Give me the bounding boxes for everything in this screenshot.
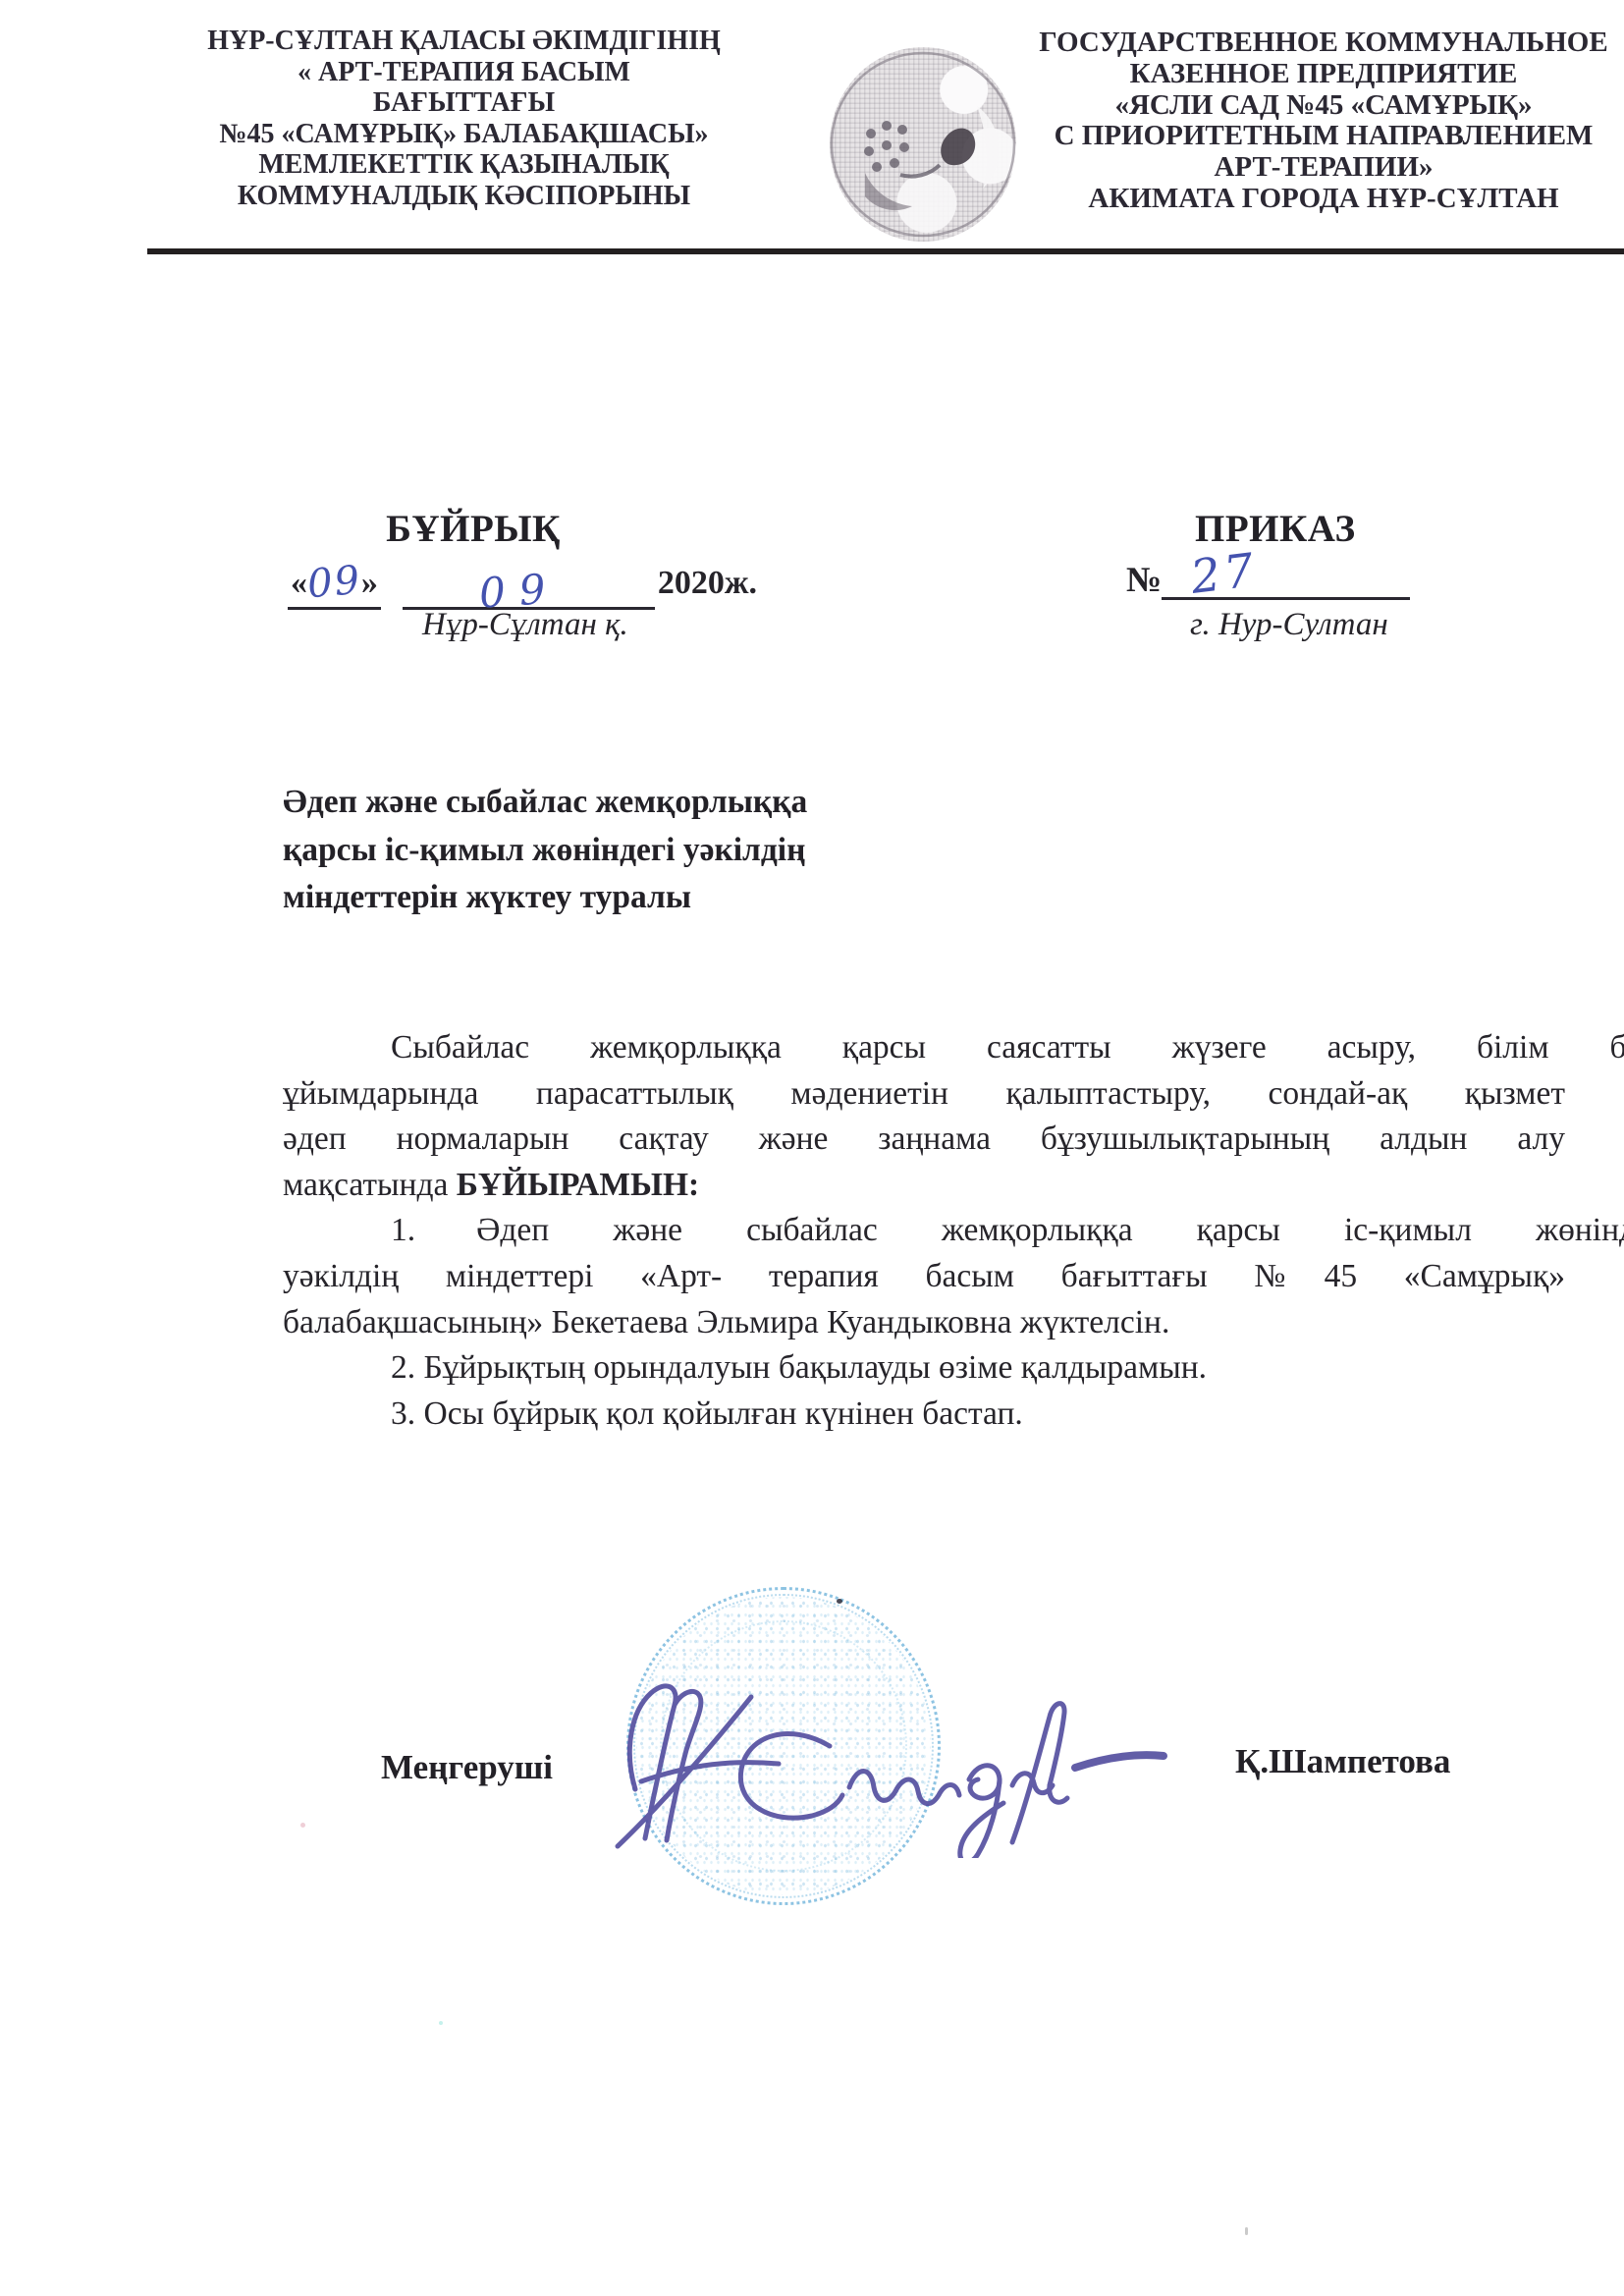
- signature-dash: [1075, 1755, 1164, 1768]
- body-line: ұйымдарында парасаттылық мәдениетін қалы…: [283, 1071, 1565, 1118]
- scan-artifact: [439, 2021, 443, 2025]
- handwritten-signature: [584, 1593, 1193, 1858]
- subject-line: қарсы іс-қимыл жөніндегі уәкілдің: [283, 827, 807, 875]
- order-date-line: «09»092020ж.: [288, 558, 757, 603]
- subject-line: міндеттерін жүктеу туралы: [283, 874, 807, 922]
- org-name-line: №45 «САМҰРЫҚ» БАЛАБАҚШАСЫ»: [162, 119, 766, 150]
- body-text: мақсатында: [283, 1167, 457, 1203]
- scan-artifact: [837, 1599, 842, 1604]
- number-sign: №: [1126, 560, 1162, 599]
- close-quote: »: [361, 565, 378, 601]
- order-keyword: БҰЙЫРАМЫН:: [457, 1167, 699, 1203]
- order-title-kazakh: БҰЙРЫҚ: [179, 507, 768, 551]
- org-name-line: МЕМЛЕКЕТТІК ҚАЗЫНАЛЫҚ: [162, 149, 766, 181]
- org-name-line: АКИМАТА ГОРОДА НҰР-СҰЛТАН: [1026, 184, 1621, 215]
- signatory-name: Қ.Шампетова: [1235, 1742, 1450, 1781]
- date-month-blank: 09: [403, 568, 655, 610]
- order-number-line: №27: [1126, 558, 1410, 600]
- letterhead-russian: ГОСУДАРСТВЕННОЕ КОММУНАЛЬНОЕ КАЗЕННОЕ ПР…: [1026, 27, 1621, 215]
- emblem-graphic: [830, 47, 1016, 242]
- body-line: Сыбайлас жемқорлыққа қарсы саясатты жүзе…: [283, 1025, 1624, 1071]
- year-label: 2020ж.: [658, 565, 757, 601]
- scan-artifact: [300, 1823, 305, 1828]
- org-name-line: БАҒЫТТАҒЫ: [162, 87, 766, 119]
- order-body: Сыбайлас жемқорлыққа қарсы саясатты жүзе…: [283, 1025, 1565, 1437]
- org-name-line: «ЯСЛИ САД №45 «САМҰРЫҚ»: [1026, 90, 1621, 122]
- order-title-russian: ПРИКАЗ: [1195, 507, 1356, 551]
- org-name-line: « АРТ-ТЕРАПИЯ БАСЫМ: [162, 57, 766, 88]
- org-name-line: С ПРИОРИТЕТНЫМ НАПРАВЛЕНИЕМ: [1026, 121, 1621, 152]
- order-item-1-continued: балабақшасының» Бекетаева Эльмира Куанды…: [283, 1300, 1565, 1346]
- org-name-line: КОММУНАЛДЫҚ КӘСІПОРЫНЫ: [162, 181, 766, 212]
- order-item-2: 2. Бұйрықтың орындалуын бақылауды өзіме …: [283, 1345, 1624, 1392]
- letterhead-divider-rule: [147, 248, 1624, 254]
- scan-artifact: [1245, 2227, 1248, 2235]
- scanned-order-document: НҰР-СҰЛТАН ҚАЛАСЫ ӘКІМДІГІНІҢ « АРТ-ТЕРА…: [0, 0, 1624, 2296]
- number-blank: 27: [1162, 558, 1410, 600]
- org-name-line: АРТ-ТЕРАПИИ»: [1026, 152, 1621, 184]
- item-number: 1.: [391, 1212, 415, 1248]
- order-item-3: 3. Осы бұйрық қол қойылған күнінен баста…: [283, 1392, 1624, 1438]
- open-quote: «: [291, 565, 307, 601]
- letterhead-kazakh: НҰР-СҰЛТАН ҚАЛАСЫ ӘКІМДІГІНІҢ « АРТ-ТЕРА…: [162, 26, 766, 211]
- handwritten-number: 27: [1188, 543, 1261, 605]
- body-line: мақсатында БҰЙЫРАМЫН:: [283, 1163, 1565, 1209]
- handwritten-day: 09: [305, 558, 363, 608]
- signatory-role: Меңгеруші: [381, 1748, 553, 1787]
- city-russian: г. Нур-Султан: [1190, 607, 1388, 643]
- order-item-1: 1.Әдеп және сыбайлас жемқорлыққа қарсы і…: [283, 1208, 1624, 1254]
- order-item-1-continued: уәкілдің міндеттері «Арт- терапия басым …: [283, 1254, 1565, 1300]
- date-day-blank: «09»: [288, 558, 381, 610]
- order-subject: Әдеп және сыбайлас жемқорлыққа қарсы іс-…: [283, 779, 807, 922]
- org-name-line: ГОСУДАРСТВЕННОЕ КОММУНАЛЬНОЕ: [1026, 27, 1621, 59]
- city-kazakh: Нұр-Сұлтан қ.: [422, 607, 628, 643]
- org-name-line: НҰР-СҰЛТАН ҚАЛАСЫ ӘКІМДІГІНІҢ: [162, 26, 766, 57]
- item-text: Әдеп және сыбайлас жемқорлыққа қарсы іс-…: [476, 1212, 1624, 1248]
- body-line: әдеп нормаларын сақтау және заңнама бұзу…: [283, 1117, 1565, 1163]
- subject-line: Әдеп және сыбайлас жемқорлыққа: [283, 779, 807, 827]
- org-name-line: КАЗЕННОЕ ПРЕДПРИЯТИЕ: [1026, 59, 1621, 90]
- organization-emblem-logo: [830, 47, 1016, 242]
